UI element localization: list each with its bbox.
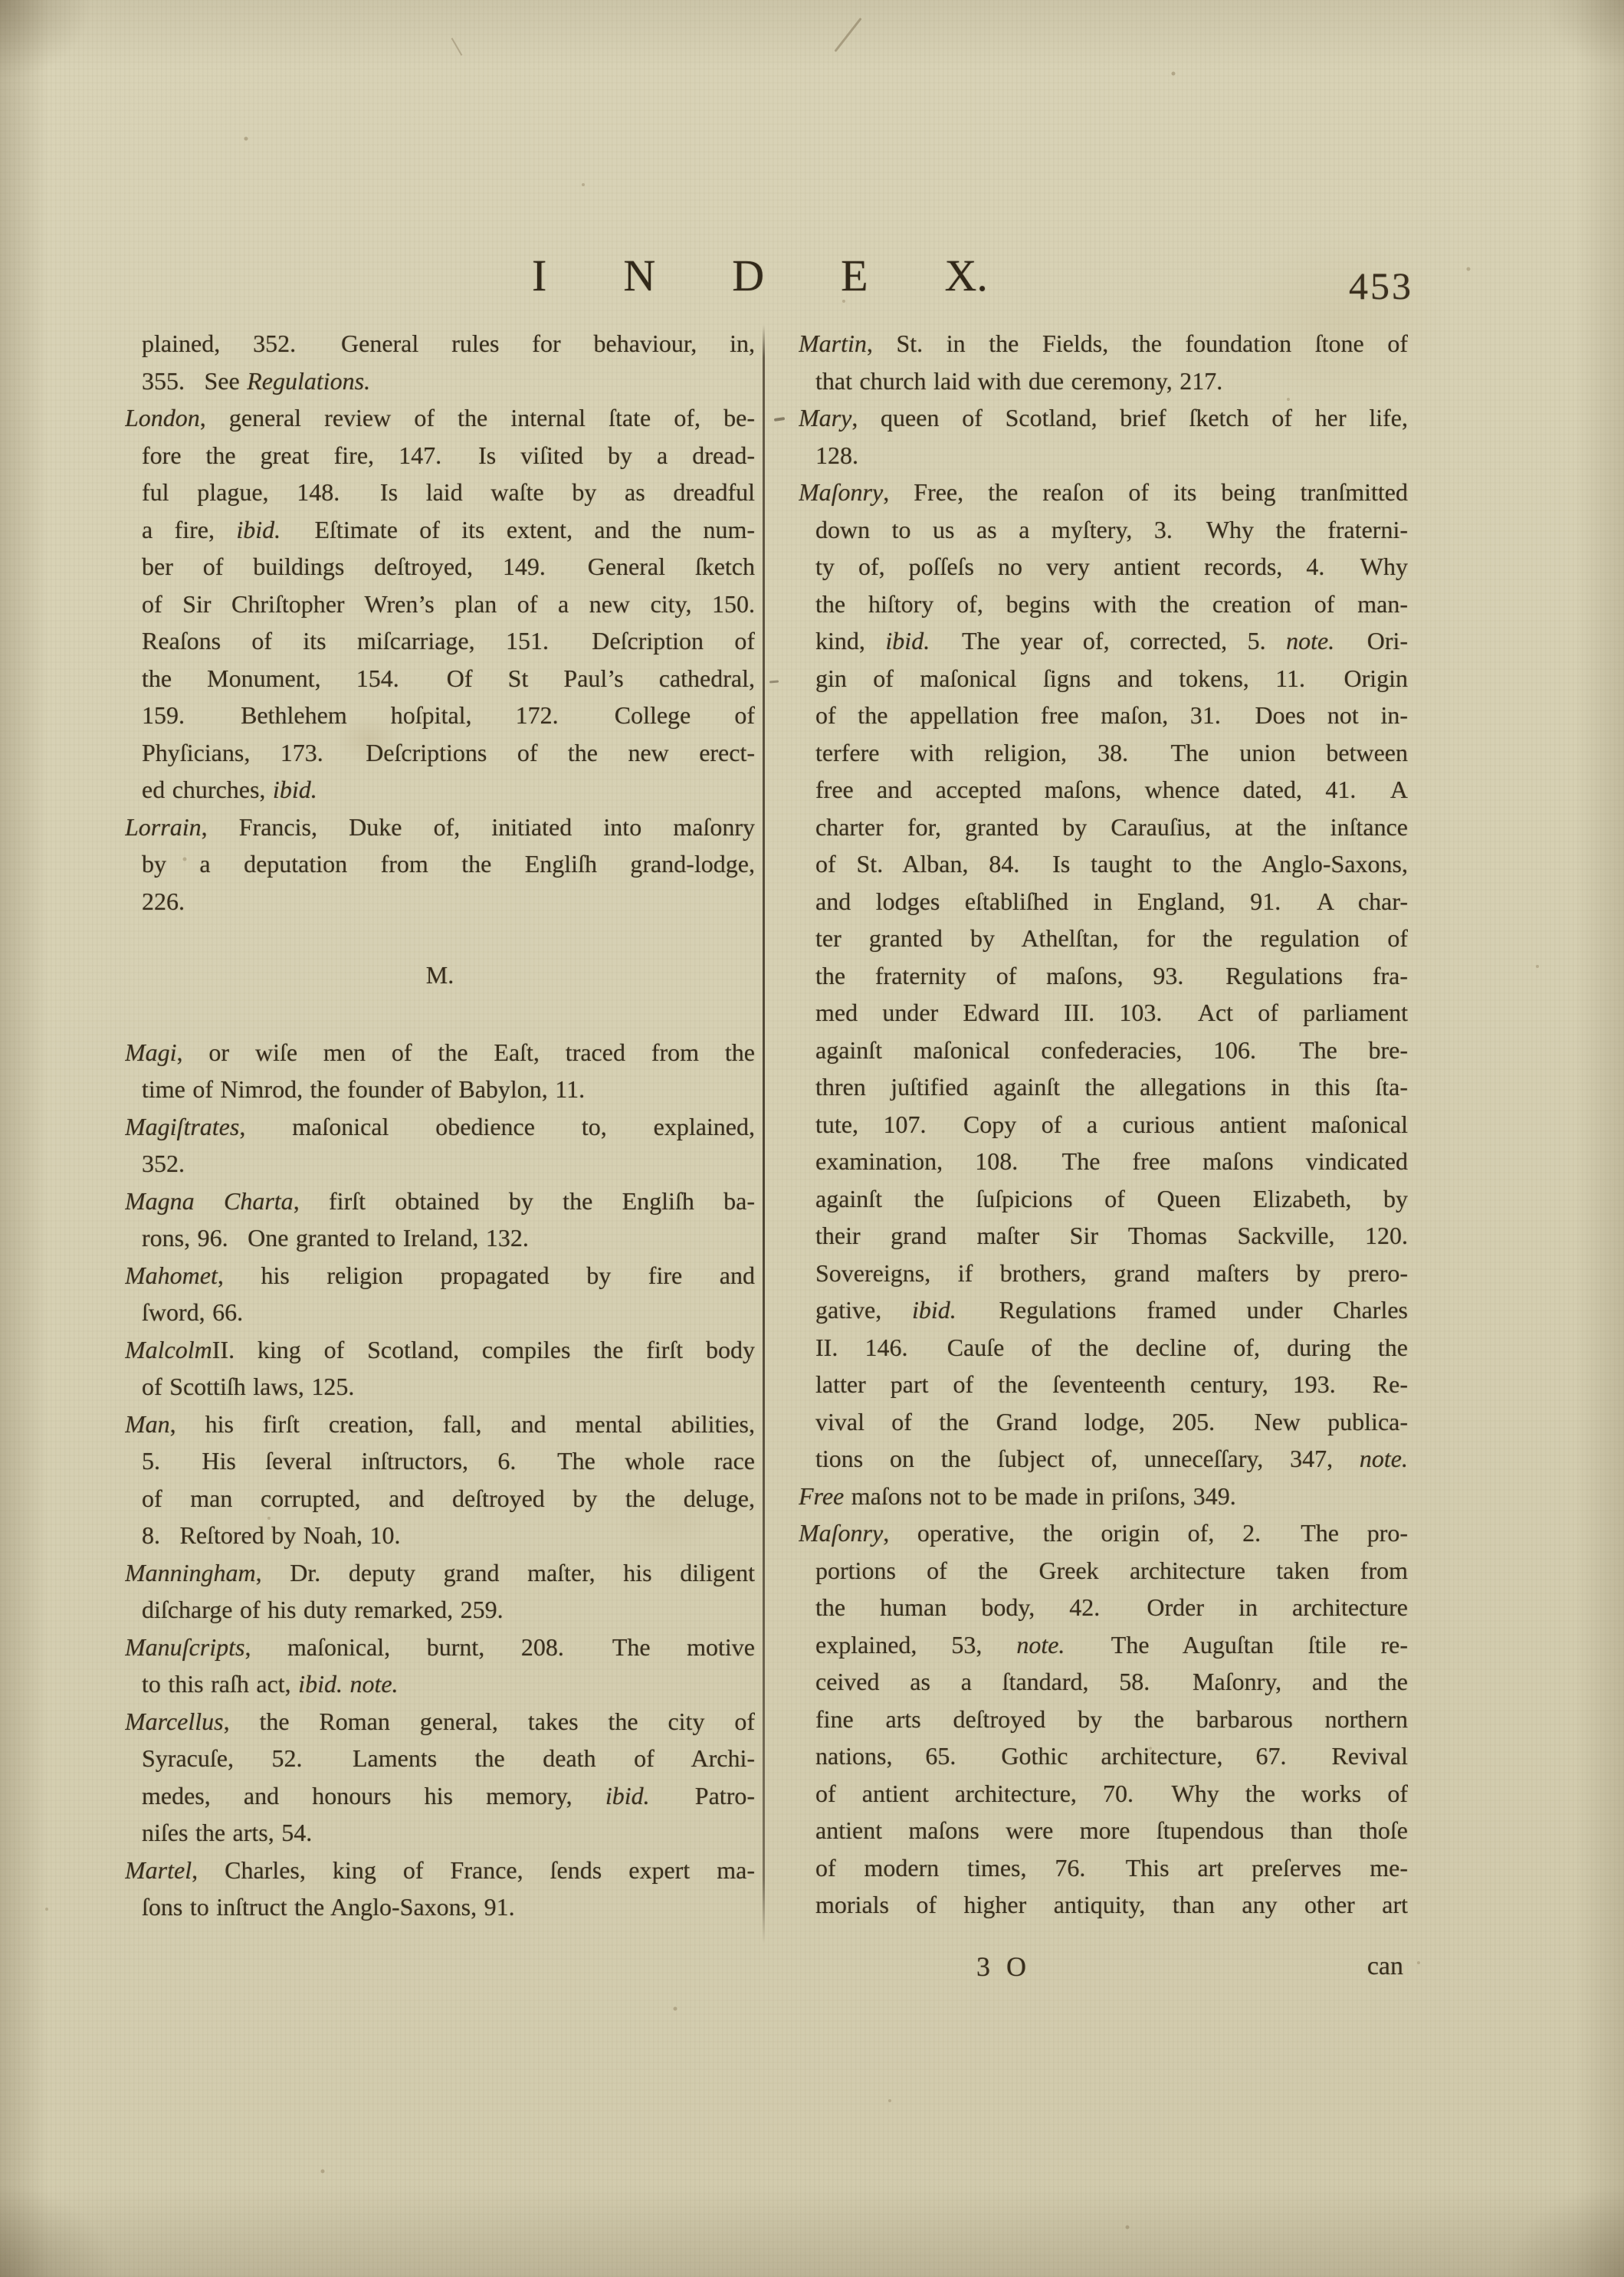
roman-text: 5. His ſeveral inſtructors, 6. The whole… xyxy=(142,1447,755,1475)
index-line: morials of higher antiquity, than any ot… xyxy=(799,1886,1408,1924)
index-line: againſt maſonical confederacies, 106. Th… xyxy=(799,1032,1408,1069)
roman-text: antient maſons were more ſtupendous than… xyxy=(815,1816,1408,1844)
index-line: Magi, or wiſe men of the Eaſt, traced fr… xyxy=(125,1034,755,1071)
index-line: ber of buildings deſtroyed, 149. General… xyxy=(125,548,755,586)
paper-crease xyxy=(834,18,861,52)
roman-text: the human body, 42. Order in architectur… xyxy=(815,1593,1408,1621)
roman-text: Syracuſe, 52. Laments the death of Archi… xyxy=(142,1744,755,1772)
index-line: Reaſons of its miſcarriage, 151. Deſcrip… xyxy=(125,622,755,660)
section-gap xyxy=(125,920,755,956)
index-line: free and accepted maſons, whence dated, … xyxy=(799,771,1408,809)
index-line: Magna Charta, firſt obtained by the Engl… xyxy=(125,1183,755,1220)
index-line: Sovereigns, if brothers, grand maſters b… xyxy=(799,1255,1408,1292)
index-line: time of Nimrod, the founder of Babylon, … xyxy=(125,1071,755,1108)
index-line: of modern times, 76. This art preſerves … xyxy=(799,1849,1408,1887)
italic-text: Magiſtrates xyxy=(125,1113,239,1140)
index-line: Martel, Charles, king of France, ſends e… xyxy=(125,1852,755,1889)
italic-text: Lorrain xyxy=(125,813,202,841)
index-line: Mahomet, his religion propagated by fire… xyxy=(125,1257,755,1294)
paper-crease xyxy=(451,38,463,56)
roman-text: of modern times, 76. This art preſerves … xyxy=(815,1854,1408,1882)
section-heading: M. xyxy=(125,956,755,994)
index-line: Free maſons not to be made in priſons, 3… xyxy=(799,1478,1408,1515)
roman-text: The year of, corrected, 5. xyxy=(930,627,1286,655)
roman-text: examination, 108. The free maſons vindic… xyxy=(815,1147,1408,1175)
roman-text: maſons not to be made in priſons, 349. xyxy=(844,1482,1236,1510)
italic-text: Maſonry xyxy=(799,478,883,506)
index-line: ſons to inſtruct the Anglo-Saxons, 91. xyxy=(125,1888,755,1926)
index-line: Marcellus, the Roman general, takes the … xyxy=(125,1703,755,1741)
title-letter: E xyxy=(841,253,868,299)
roman-text: explained, 53, xyxy=(815,1631,1016,1659)
index-line: Syracuſe, 52. Laments the death of Archi… xyxy=(125,1740,755,1777)
index-line: down to us as a myſtery, 3. Why the frat… xyxy=(799,511,1408,549)
index-line: fore the great fire, 147. Is viſited by … xyxy=(125,437,755,474)
roman-text: thren juſtified againſt the allegations … xyxy=(815,1073,1408,1101)
italic-text: note. xyxy=(1286,627,1334,655)
roman-text: vival of the Grand lodge, 205. New publi… xyxy=(815,1408,1408,1435)
italic-text: Manningham xyxy=(125,1559,256,1586)
roman-text: ber of buildings deſtroyed, 149. General… xyxy=(142,553,755,580)
roman-text: , or wiſe men of the Eaſt, traced from t… xyxy=(177,1038,755,1066)
index-line: the human body, 42. Order in architectur… xyxy=(799,1589,1408,1626)
signature-row: 3 O can xyxy=(799,1948,1408,1987)
italic-text: Martin xyxy=(799,330,867,357)
index-line: 159. Bethlehem hoſpital, 172. College of xyxy=(125,697,755,734)
roman-text: ter granted by Athelſtan, for the regula… xyxy=(815,924,1408,952)
roman-text: ed churches, xyxy=(142,776,273,803)
roman-text: , the Roman general, takes the city of xyxy=(224,1708,755,1735)
index-line: ſword, 66. xyxy=(125,1294,755,1331)
roman-text: , his firſt creation, fall, and mental a… xyxy=(170,1410,755,1438)
index-line: 8. Reſtored by Noah, 10. xyxy=(125,1517,755,1554)
roman-text: 226. xyxy=(142,888,185,915)
index-title: INDEX. xyxy=(532,253,988,299)
roman-text: the fraternity of maſons, 93. Regulation… xyxy=(815,962,1408,989)
index-line: Maſonry, Free, the reaſon of its being t… xyxy=(799,474,1408,511)
roman-text: to this raſh act, xyxy=(142,1670,298,1698)
right-column: Martin, St. in the Fields, the foundatio… xyxy=(799,325,1408,1924)
roman-text: ty of, poſſeſs no very antient records, … xyxy=(815,553,1408,580)
roman-text: 8. Reſtored by Noah, 10. xyxy=(142,1521,401,1549)
title-letter: D xyxy=(732,253,764,299)
index-line: Manuſcripts, maſonical, burnt, 208. The … xyxy=(125,1629,755,1666)
index-line: II. 146. Cauſe of the decline of, during… xyxy=(799,1329,1408,1367)
index-line: kind, ibid. The year of, corrected, 5. n… xyxy=(799,622,1408,660)
index-line: examination, 108. The free maſons vindic… xyxy=(799,1143,1408,1180)
roman-text: , Free, the reaſon of its being tranſmit… xyxy=(883,478,1408,506)
index-line: terfere with religion, 38. The union bet… xyxy=(799,734,1408,772)
title-letter: I xyxy=(532,253,546,299)
roman-text: niſes the arts, 54. xyxy=(142,1819,312,1846)
roman-text: , maſonical, burnt, 208. The motive xyxy=(244,1633,755,1661)
roman-text: Patro- xyxy=(650,1782,755,1809)
roman-text: ful plague, 148. Is laid waſte by as dre… xyxy=(142,478,755,506)
italic-text: note. xyxy=(1360,1445,1408,1472)
index-line: Maſonry, operative, the origin of, 2. Th… xyxy=(799,1514,1408,1552)
roman-text: II. 146. Cauſe of the decline of, during… xyxy=(815,1334,1408,1361)
index-line: againſt the ſuſpicions of Queen Elizabet… xyxy=(799,1180,1408,1218)
roman-text: , St. in the Fields, the foundation ſton… xyxy=(867,330,1408,357)
roman-text: Reaſons of its miſcarriage, 151. Deſcrip… xyxy=(142,627,755,655)
italic-text: Magna Charta xyxy=(125,1187,294,1215)
index-line: the hiſtory of, begins with the creation… xyxy=(799,586,1408,623)
roman-text: tute, 107. Copy of a curious antient maſ… xyxy=(815,1111,1408,1138)
index-line: latter part of the ſeventeenth century, … xyxy=(799,1366,1408,1403)
roman-text: Sovereigns, if brothers, grand maſters b… xyxy=(815,1259,1408,1287)
roman-text: of the appellation free maſon, 31. Does … xyxy=(815,701,1408,729)
roman-text: , operative, the origin of, 2. The pro- xyxy=(883,1519,1408,1547)
italic-text: ibid. xyxy=(236,516,281,543)
signature-mark: 3 O xyxy=(976,1948,1031,1985)
index-line: plained, 352. General rules for behaviou… xyxy=(125,325,755,363)
roman-text: of antient architecture, 70. Why the wor… xyxy=(815,1780,1408,1807)
index-line: gin of maſonical ſigns and tokens, 11. O… xyxy=(799,660,1408,697)
ink-speck xyxy=(769,680,779,683)
roman-text: diſcharge of his duty remarked, 259. xyxy=(142,1596,504,1623)
italic-text: Maſonry xyxy=(799,1519,883,1547)
roman-text: , his religion propagated by fire and xyxy=(218,1262,755,1289)
roman-text: , Charles, king of France, ſends expert … xyxy=(192,1856,755,1884)
index-line: and lodges eſtabliſhed in England, 91. A… xyxy=(799,883,1408,920)
roman-text: free and accepted maſons, whence dated, … xyxy=(815,776,1408,803)
column-divider xyxy=(763,325,765,1944)
roman-text: by a deputation from the Engliſh grand-l… xyxy=(142,850,755,878)
italic-text: Man xyxy=(125,1410,170,1438)
index-line: antient maſons were more ſtupendous than… xyxy=(799,1812,1408,1849)
roman-text: nations, 65. Gothic architecture, 67. Re… xyxy=(815,1742,1408,1770)
index-line: Man, his firſt creation, fall, and menta… xyxy=(125,1406,755,1443)
italic-text: ibid. xyxy=(273,776,317,803)
index-line: nations, 65. Gothic architecture, 67. Re… xyxy=(799,1737,1408,1775)
italic-text: ibid. xyxy=(885,627,930,655)
roman-text: the hiſtory of, begins with the creation… xyxy=(815,590,1408,618)
roman-text: of Scottiſh laws, 125. xyxy=(142,1373,354,1400)
italic-text: Mary xyxy=(799,404,851,431)
index-line: 355. See Regulations. xyxy=(125,363,755,400)
italic-text: Free xyxy=(799,1482,844,1510)
index-line: the fraternity of maſons, 93. Regulation… xyxy=(799,957,1408,995)
index-line: Phyſicians, 173. Deſcriptions of the new… xyxy=(125,734,755,772)
italic-text: Marcellus xyxy=(125,1708,224,1735)
roman-text: rons, 96. One granted to Ireland, 132. xyxy=(142,1224,529,1252)
index-line: of antient architecture, 70. Why the wor… xyxy=(799,1775,1408,1813)
index-line: gative, ibid. Regulations framed under C… xyxy=(799,1291,1408,1329)
roman-text: , queen of Scotland, brief ſketch of her… xyxy=(851,404,1408,431)
index-line: the Monument, 154. Of St Paul’s cathedra… xyxy=(125,660,755,697)
roman-text: time of Nimrod, the founder of Babylon, … xyxy=(142,1075,585,1103)
index-line: Mary, queen of Scotland, brief ſketch of… xyxy=(799,399,1408,437)
italic-text: Manuſcripts xyxy=(125,1633,244,1661)
roman-text: 128. xyxy=(815,441,858,469)
section-gap xyxy=(125,994,755,1034)
index-line: of man corrupted, and deſtroyed by the d… xyxy=(125,1480,755,1517)
roman-text: the Monument, 154. Of St Paul’s cathedra… xyxy=(142,664,755,692)
index-line: thren juſtified againſt the allegations … xyxy=(799,1068,1408,1106)
roman-text: The Auguſtan ſtile re- xyxy=(1065,1631,1408,1659)
roman-text: morials of higher antiquity, than any ot… xyxy=(815,1891,1408,1918)
index-line: vival of the Grand lodge, 205. New publi… xyxy=(799,1403,1408,1441)
title-letter: X. xyxy=(945,253,988,299)
italic-text: Malcolm xyxy=(125,1336,212,1363)
index-line: by a deputation from the Engliſh grand-l… xyxy=(125,845,755,883)
roman-text: Regulations framed under Charles xyxy=(956,1296,1408,1324)
index-line: of the appellation free maſon, 31. Does … xyxy=(799,697,1408,734)
roman-text: 352. xyxy=(142,1150,185,1177)
index-line: niſes the arts, 54. xyxy=(125,1814,755,1852)
index-line: of St. Alban, 84. Is taught to the Anglo… xyxy=(799,845,1408,883)
index-line: 5. His ſeveral inſtructors, 6. The whole… xyxy=(125,1442,755,1480)
index-line: explained, 53, note. The Auguſtan ſtile … xyxy=(799,1626,1408,1664)
roman-text: ceived as a ſtandard, 58. Maſonry, and t… xyxy=(815,1668,1408,1695)
italic-text: Magi xyxy=(125,1038,177,1066)
roman-text: Ori- xyxy=(1334,627,1408,655)
roman-text: ſons to inſtruct the Anglo-Saxons, 91. xyxy=(142,1893,515,1921)
index-line: Magiſtrates, maſonical obedience to, exp… xyxy=(125,1108,755,1146)
roman-text: plained, 352. General rules for behaviou… xyxy=(142,330,755,357)
roman-text: Phyſicians, 173. Deſcriptions of the new… xyxy=(142,739,755,766)
roman-text: gative, xyxy=(815,1296,912,1324)
page-number: 453 xyxy=(1349,264,1413,308)
index-line: med under Edward III. 103. Act of parlia… xyxy=(799,994,1408,1032)
index-line: of Scottiſh laws, 125. xyxy=(125,1368,755,1406)
roman-text: latter part of the ſeventeenth century, … xyxy=(815,1370,1408,1398)
roman-text: med under Edward III. 103. Act of parlia… xyxy=(815,999,1408,1026)
index-line: a fire, ibid. Eſtimate of its extent, an… xyxy=(125,511,755,549)
roman-text: , general review of the internal ſtate o… xyxy=(200,404,755,431)
italic-text: London xyxy=(125,404,200,431)
index-line: Manningham, Dr. deputy grand maſter, his… xyxy=(125,1554,755,1592)
roman-text: charter for, granted by Carauſius, at th… xyxy=(815,813,1408,841)
roman-text: of St. Alban, 84. Is taught to the Anglo… xyxy=(815,850,1408,878)
ink-speckles xyxy=(0,0,2,2)
roman-text: a fire, xyxy=(142,516,236,543)
roman-text: fine arts deſtroyed by the barbarous nor… xyxy=(815,1705,1408,1733)
roman-text: and lodges eſtabliſhed in England, 91. A… xyxy=(815,888,1408,915)
roman-text: that church laid with due ceremony, 217. xyxy=(815,367,1222,395)
roman-text: 355. See xyxy=(142,367,247,395)
roman-text: , maſonical obedience to, explained, xyxy=(239,1113,755,1140)
roman-text: II. king of Scotland, compiles the firſt… xyxy=(212,1336,755,1363)
roman-text: Eſtimate of its extent, and the num- xyxy=(281,516,755,543)
roman-text: gin of maſonical ſigns and tokens, 11. O… xyxy=(815,664,1408,692)
index-line: London, general review of the internal ſ… xyxy=(125,399,755,437)
italic-text: Martel xyxy=(125,1856,192,1884)
index-line: charter for, granted by Carauſius, at th… xyxy=(799,809,1408,846)
index-line: portions of the Greek architecture taken… xyxy=(799,1552,1408,1590)
italic-text: note. xyxy=(1016,1631,1065,1659)
italic-text: ibid. xyxy=(912,1296,956,1324)
roman-text: medes, and honours his memory, xyxy=(142,1782,605,1809)
index-line: tute, 107. Copy of a curious antient maſ… xyxy=(799,1106,1408,1143)
roman-text: kind, xyxy=(815,627,885,655)
index-line: ty of, poſſeſs no very antient records, … xyxy=(799,548,1408,586)
index-line: medes, and honours his memory, ibid. Pat… xyxy=(125,1777,755,1815)
italic-text: ibid. note. xyxy=(298,1670,398,1698)
roman-text: , Dr. deputy grand maſter, his diligent xyxy=(256,1559,755,1586)
index-line: ed churches, ibid. xyxy=(125,771,755,809)
roman-text: down to us as a myſtery, 3. Why the frat… xyxy=(815,516,1408,543)
index-line: diſcharge of his duty remarked, 259. xyxy=(125,1591,755,1629)
index-line: tions on the ſubject of, unneceſſary, 34… xyxy=(799,1440,1408,1478)
index-line: MalcolmII. king of Scotland, compiles th… xyxy=(125,1331,755,1369)
book-page: INDEX. 453 plained, 352. General rules f… xyxy=(0,0,1624,2277)
roman-text: , firſt obtained by the Engliſh ba- xyxy=(294,1187,755,1215)
roman-text: , Francis, Duke of, initiated into maſon… xyxy=(202,813,755,841)
italic-text: ibid. xyxy=(605,1782,650,1809)
roman-text: terfere with religion, 38. The union bet… xyxy=(815,739,1408,766)
roman-text: againſt maſonical confederacies, 106. Th… xyxy=(815,1036,1408,1064)
roman-text: ſword, 66. xyxy=(142,1298,243,1326)
index-line: rons, 96. One granted to Ireland, 132. xyxy=(125,1219,755,1257)
roman-text: their grand maſter Sir Thomas Sackville,… xyxy=(815,1222,1408,1249)
italic-text: Regulations. xyxy=(247,367,370,395)
roman-text: fore the great fire, 147. Is viſited by … xyxy=(142,441,755,469)
index-line: their grand maſter Sir Thomas Sackville,… xyxy=(799,1217,1408,1255)
index-line: fine arts deſtroyed by the barbarous nor… xyxy=(799,1701,1408,1738)
index-line: Lorrain, Francis, Duke of, initiated int… xyxy=(125,809,755,846)
index-line: Martin, St. in the Fields, the foundatio… xyxy=(799,325,1408,363)
catchword: can xyxy=(1367,1948,1403,1985)
ink-speck xyxy=(774,417,785,422)
roman-text: againſt the ſuſpicions of Queen Elizabet… xyxy=(815,1185,1408,1212)
index-line: of Sir Chriſtopher Wren’s plan of a new … xyxy=(125,586,755,623)
roman-text: portions of the Greek architecture taken… xyxy=(815,1557,1408,1584)
roman-text: of man corrupted, and deſtroyed by the d… xyxy=(142,1485,755,1512)
roman-text: of Sir Chriſtopher Wren’s plan of a new … xyxy=(142,590,755,618)
index-line: ful plague, 148. Is laid waſte by as dre… xyxy=(125,474,755,511)
left-column: plained, 352. General rules for behaviou… xyxy=(125,325,755,1926)
index-line: 128. xyxy=(799,437,1408,474)
title-letter: N xyxy=(623,253,655,299)
index-line: ter granted by Athelſtan, for the regula… xyxy=(799,920,1408,957)
italic-text: Mahomet xyxy=(125,1262,218,1289)
roman-text: 159. Bethlehem hoſpital, 172. College of xyxy=(142,701,755,729)
index-line: ceived as a ſtandard, 58. Maſonry, and t… xyxy=(799,1663,1408,1701)
index-line: 352. xyxy=(125,1145,755,1183)
roman-text: tions on the ſubject of, unneceſſary, 34… xyxy=(815,1445,1360,1472)
index-line: that church laid with due ceremony, 217. xyxy=(799,363,1408,400)
index-line: to this raſh act, ibid. note. xyxy=(125,1665,755,1703)
index-line: 226. xyxy=(125,883,755,920)
